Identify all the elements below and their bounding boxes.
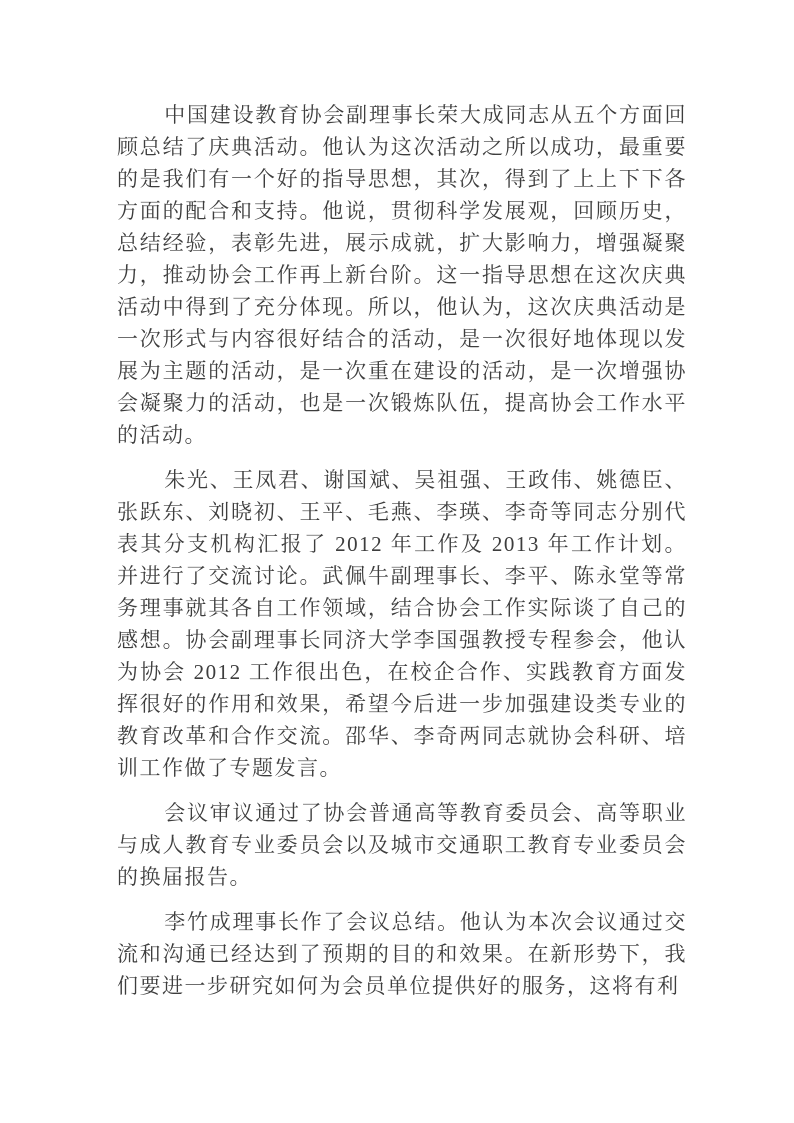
- paragraph-4: 李竹成理事长作了会议总结。他认为本次会议通过交流和沟通已经达到了预期的目的和效果…: [117, 906, 687, 1002]
- paragraph-3: 会议审议通过了协会普通高等教育委员会、高等职业与成人教育专业委员会以及城市交通职…: [117, 797, 687, 893]
- paragraph-1: 中国建设教育协会副理事长荣大成同志从五个方面回顾总结了庆典活动。他认为这次活动之…: [117, 99, 687, 451]
- paragraph-2: 朱光、王凤君、谢国斌、吴祖强、王政伟、姚德臣、张跃东、刘晓初、王平、毛燕、李瑛、…: [117, 464, 687, 784]
- document-body: 中国建设教育协会副理事长荣大成同志从五个方面回顾总结了庆典活动。他认为这次活动之…: [117, 99, 687, 1002]
- document-page: 中国建设教育协会副理事长荣大成同志从五个方面回顾总结了庆典活动。他认为这次活动之…: [0, 0, 794, 1123]
